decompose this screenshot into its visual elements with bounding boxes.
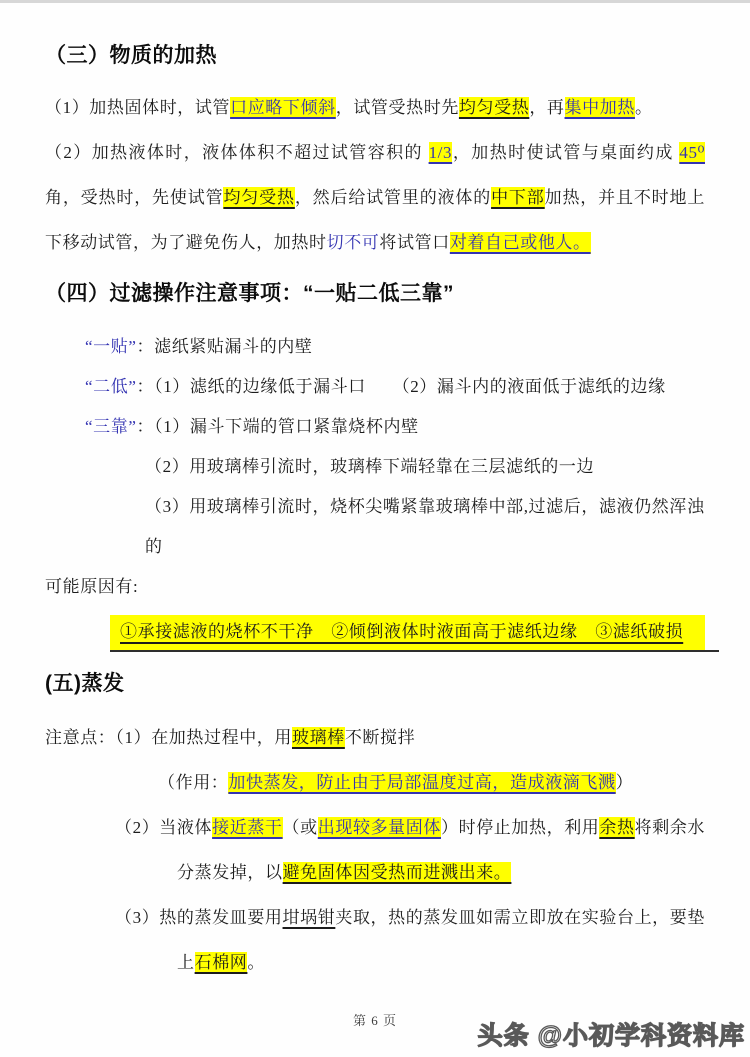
text-segment: ） [616,773,634,792]
text-segment: （2）用玻璃棒引流时，玻璃棒下端轻靠在三层滤纸的一边 [145,457,594,476]
text-segment: ：（1）漏斗下端的管口紧靠烧杯内壁 [137,417,419,436]
paragraph-one-stick: “一贴”：滤纸紧贴漏斗的内壁 [85,327,705,367]
document-page: （三）物质的加热 （1）加热固体时，试管口应略下倾斜，试管受热时先均匀受热，再集… [0,0,750,1057]
text-segment: 。 [635,98,653,117]
text-segment: 角，受热时，先使试管 [45,188,223,207]
highlight-segment: 玻璃棒 [292,727,345,749]
watermark: 头条 @小初学科资料库 [478,1016,745,1052]
paragraph-heating-liquids: （2）加热液体时，液体体积不超过试管容积的 1/3，加热时使试管与桌面约成 45… [45,130,705,265]
text-segment: （2）加热液体时，液体体积不超过试管容积的 [45,143,429,162]
highlight-segment: 45⁰ [679,142,705,164]
paragraph-heating-solids: （1）加热固体时，试管口应略下倾斜，试管受热时先均匀受热，再集中加热。 [45,85,705,130]
text-segment: ，再 [529,98,564,117]
text-segment: “三靠” [85,417,137,436]
section-heading-filtration: （四）过滤操作注意事项：“一贴二低三靠” [45,279,705,309]
paragraph-evap-stirring: 注意点：（1）在加热过程中，用玻璃棒不断搅拌 [45,715,705,760]
text-segment: ）时停止加热，利用 [441,818,599,837]
text-segment: 将试管口 [379,233,449,252]
paragraph-two-low: “二低”：（1）滤纸的边缘低于漏斗口 （2）漏斗内的液面低于滤纸的边缘 [85,367,705,407]
text-segment: 可能原因有: [45,577,138,596]
highlight-segment: 均匀受热 [459,97,529,119]
text-segment: ，然后给试管里的液体的 [295,188,491,207]
section-heading-heating: （三）物质的加热 [45,41,705,71]
text-segment: ①承接滤液的烧杯不干净 ②倾倒液体时液面高于滤纸边缘 ③滤纸破损 [120,622,683,641]
text-segment: ：滤纸紧贴漏斗的内壁 [137,337,313,356]
highlight-segment: 石棉网 [195,952,248,974]
text-segment: 注意点：（1）在加热过程中，用 [45,728,292,747]
highlighted-causes-block: ①承接滤液的烧杯不干净 ②倾倒液体时液面高于滤纸边缘 ③滤纸破损 [110,615,705,651]
text-segment: ，试管受热时先 [336,98,459,117]
paragraph-evap-stop-heating: （2）当液体接近蒸干（或出现较多量固体）时停止加热，利用余热将剩余水分蒸发掉，以… [115,805,705,895]
highlight-segment: 接近蒸干 [212,817,282,839]
paragraph-three-lean-3: （3）用玻璃棒引流时，烧杯尖嘴紧靠玻璃棒中部,过滤后，滤液仍然浑浊的 [145,487,705,567]
text-segment: （3）用玻璃棒引流时，烧杯尖嘴紧靠玻璃棒中部,过滤后，滤液仍然浑浊的 [145,497,705,556]
highlight-segment: 避免固体因受热而进溅出来。 [283,862,512,884]
paragraph-evap-crucible-tongs: （3）热的蒸发皿要用坩埚钳夹取，热的蒸发皿如需立即放在实验台上，要垫上石棉网。 [115,895,705,985]
highlight-segment: 均匀受热 [223,187,294,209]
text-segment: “二低” [85,377,137,396]
paragraph-three-lean-2: （2）用玻璃棒引流时，玻璃棒下端轻靠在三层滤纸的一边 [145,447,705,487]
paragraph-possible-causes-label: 可能原因有: [45,567,705,607]
highlight-segment: 中下部 [491,187,545,209]
text-segment: （3）热的蒸发皿要用 [115,908,283,927]
text-segment: 切不可 [327,233,380,252]
text-segment: ，加热时使试管与桌面约成 [452,143,679,162]
highlight-segment: 集中加热 [565,97,635,119]
highlight-segment: 对着自己或他人。 [450,232,591,254]
highlight-segment: 出现较多量固体 [318,817,441,839]
paragraph-evap-purpose: （作用：加快蒸发，防止由于局部温度过高，造成液滴飞溅） [158,760,705,805]
text-segment: （作用： [158,773,228,792]
text-segment: （2）当液体 [115,818,212,837]
text-segment: ：（1）滤纸的边缘低于漏斗口 （2）漏斗内的液面低于滤纸的边缘 [137,377,666,396]
text-segment: 不断搅拌 [345,728,415,747]
highlight-segment: 1/3 [429,142,453,164]
text-segment: 。 [247,953,265,972]
paragraph-three-lean-1: “三靠”：（1）漏斗下端的管口紧靠烧杯内壁 [85,407,705,447]
highlight-segment: 口应略下倾斜 [230,97,336,119]
text-segment: （或 [283,818,318,837]
text-segment: 坩埚钳 [283,908,336,927]
text-segment: “一贴” [85,337,137,356]
highlight-segment: 加快蒸发，防止由于局部温度过高，造成液滴飞溅 [228,772,615,794]
section-heading-evaporation: (五)蒸发 [45,669,705,699]
highlight-segment: 余热 [599,817,634,839]
text-segment: （1）加热固体时，试管 [45,98,230,117]
